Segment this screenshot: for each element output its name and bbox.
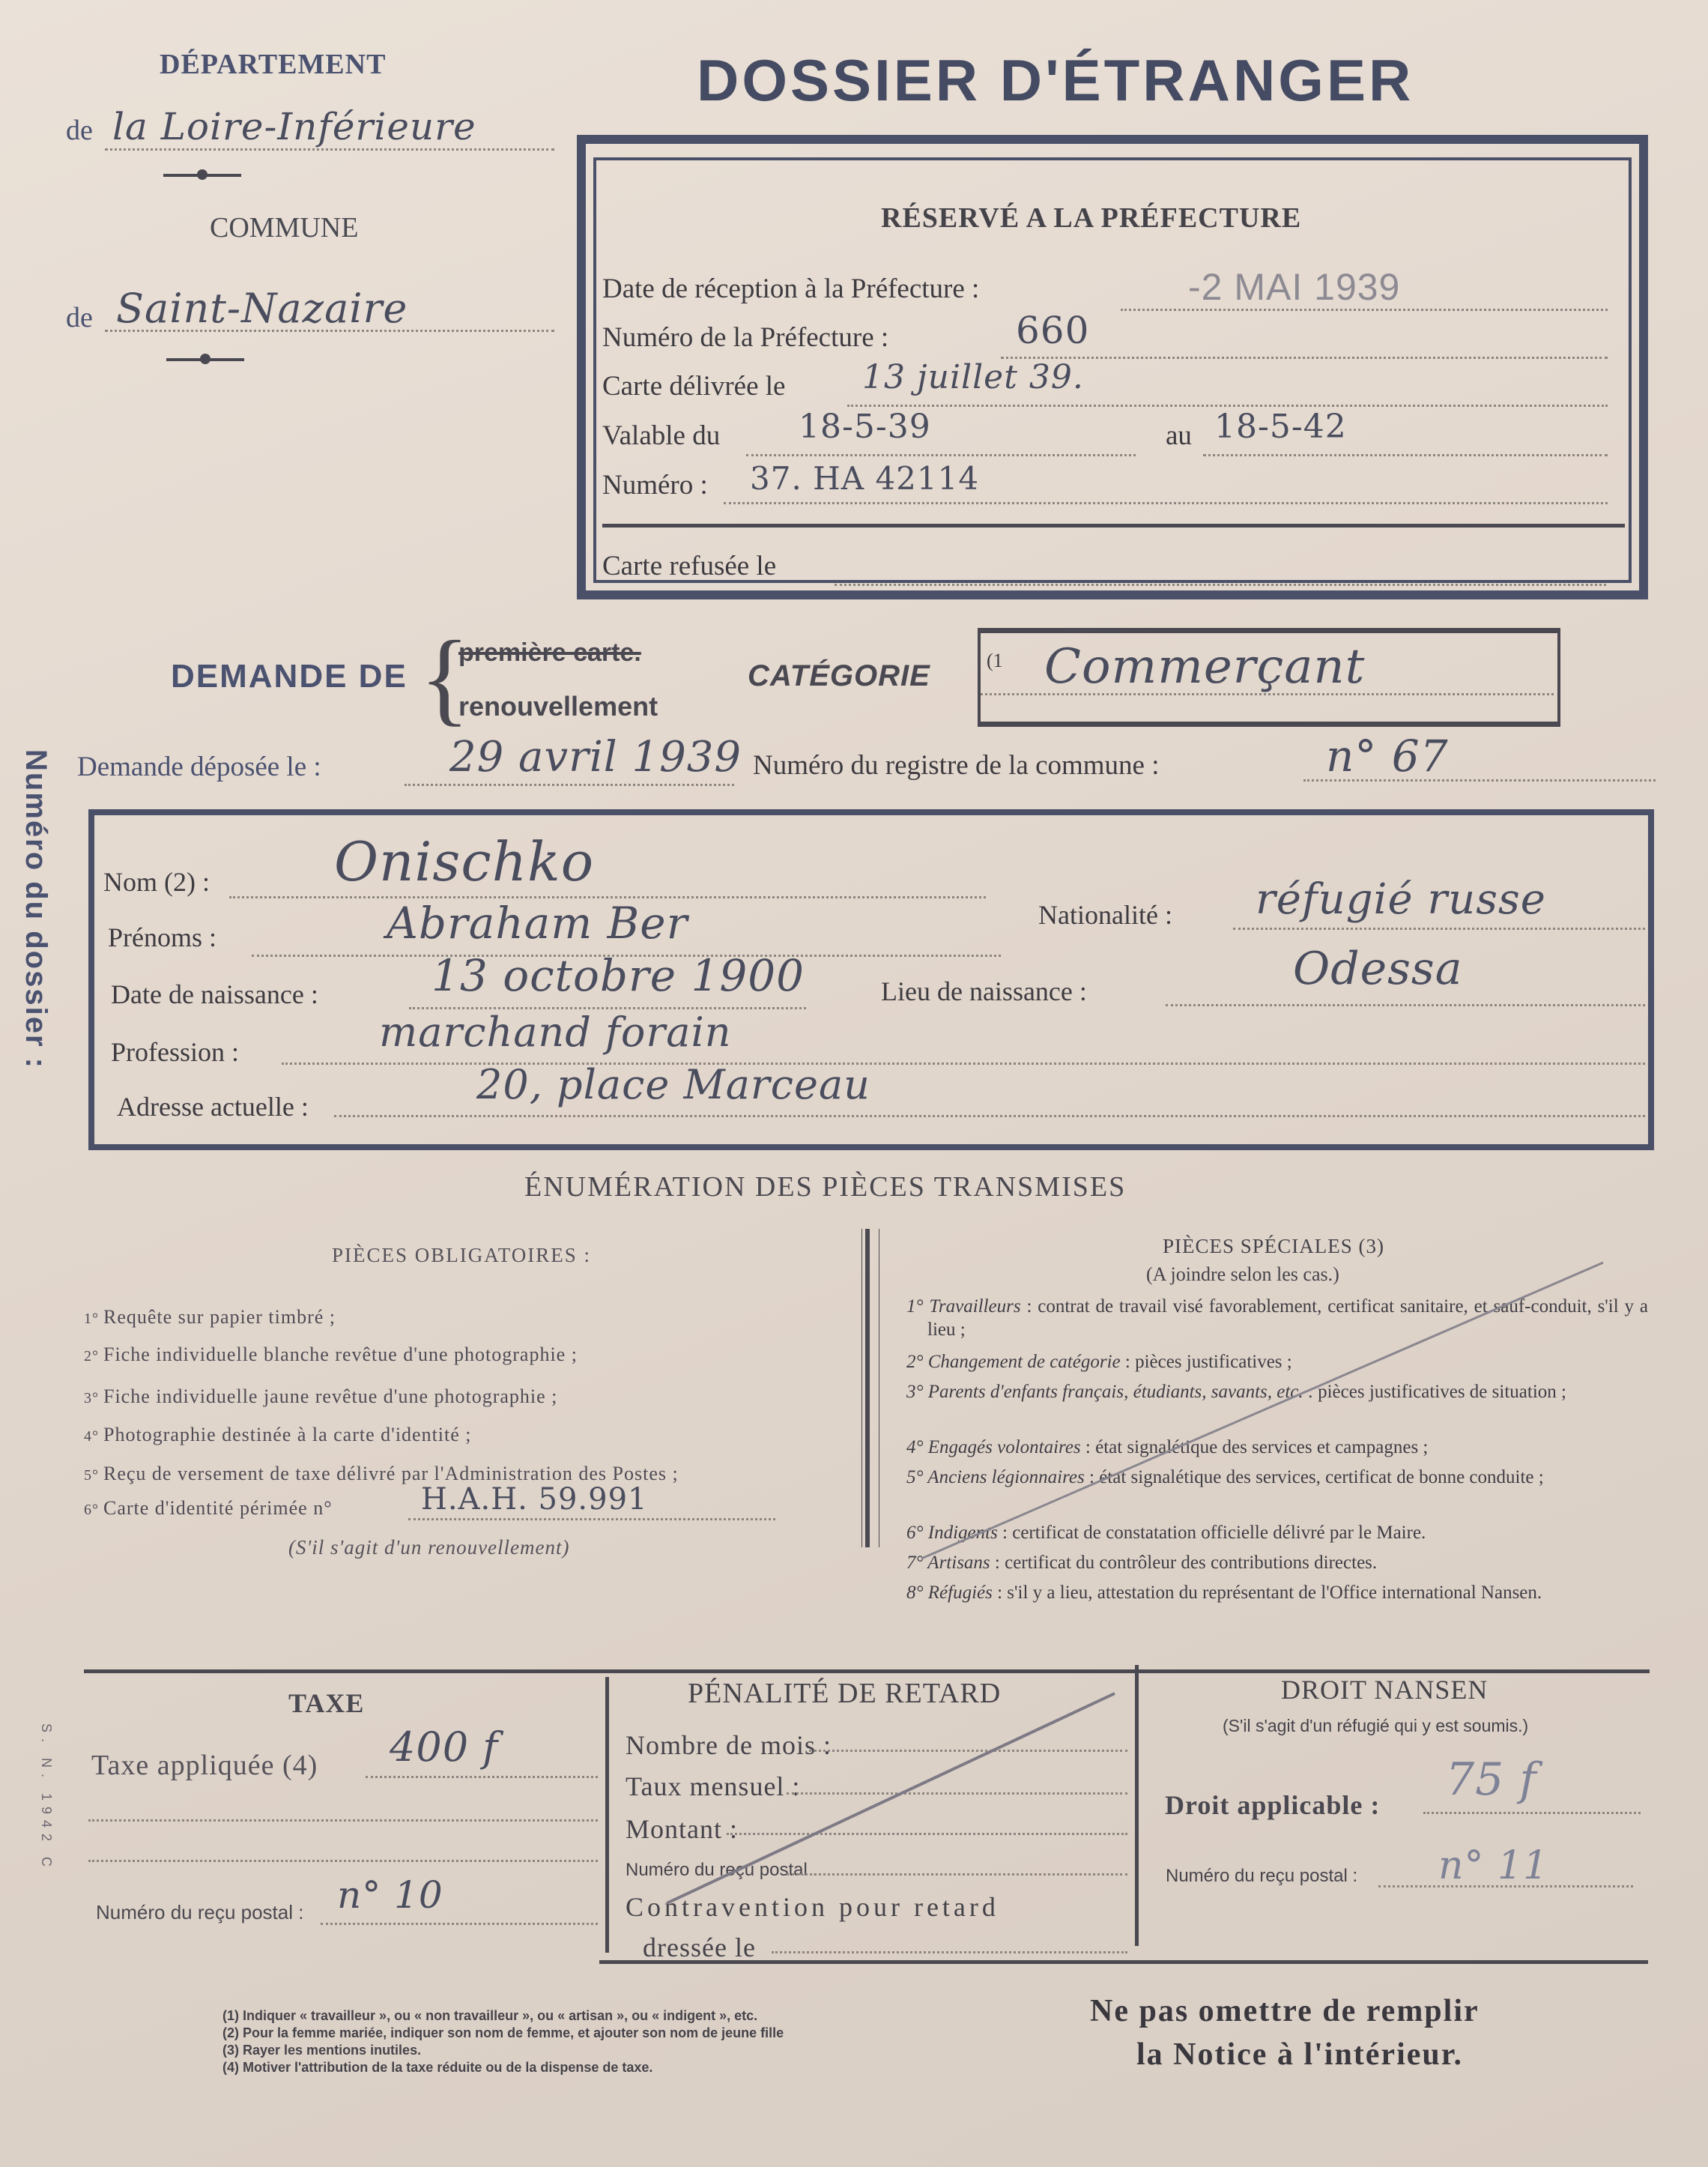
nansen-recu-label: Numéro du reçu postal : xyxy=(1166,1866,1357,1887)
nansen-heading: DROIT NANSEN xyxy=(1281,1674,1488,1705)
demande-de-label: DEMANDE DE xyxy=(171,658,408,695)
nansen-subheading: (S'il s'agit d'un réfugié qui y est soum… xyxy=(1223,1716,1528,1736)
registre-value[interactable]: n° 67 xyxy=(1326,731,1449,782)
item-text: Reçu de versement de taxe délivré par l'… xyxy=(103,1463,679,1484)
categorie-value[interactable]: Commerçant xyxy=(1044,639,1365,695)
taxe-recu-label: Numéro du reçu postal : xyxy=(96,1901,303,1924)
item-number: 6° xyxy=(84,1502,103,1518)
date-naissance-value[interactable]: 13 octobre 1900 xyxy=(431,950,805,1001)
notice-line-1: Ne pas omettre de remplir xyxy=(1090,1993,1480,2029)
carte-refusee-line[interactable] xyxy=(835,584,1606,586)
adresse-value[interactable]: 20, place Marceau xyxy=(476,1061,870,1108)
numero-dossier-side-label: Numéro du dossier : xyxy=(19,749,52,1069)
taxe-extra-line xyxy=(88,1819,598,1822)
valable-to-label: au xyxy=(1166,420,1192,452)
item-text: Fiche individuelle blanche revêtue d'une… xyxy=(103,1344,578,1365)
departement-line xyxy=(105,148,554,151)
numero-prefecture-value[interactable]: 660 xyxy=(1016,309,1089,352)
footnote: (3) Rayer les mentions inutiles. xyxy=(222,2043,421,2058)
speciales-heading: PIÈCES SPÉCIALES (3) xyxy=(1163,1235,1384,1258)
item-number: 1° xyxy=(84,1311,103,1327)
categorie-line xyxy=(981,693,1554,695)
carte-perimee-line xyxy=(408,1518,775,1520)
departement-label: DÉPARTEMENT xyxy=(160,48,386,81)
droit-applicable-label: Droit applicable : xyxy=(1165,1789,1380,1821)
lieu-naissance-value[interactable]: Odessa xyxy=(1293,943,1462,995)
numero-prefecture-line xyxy=(1001,357,1608,359)
item-text: : s'il y a lieu, attestation du représen… xyxy=(993,1583,1542,1603)
demande-deposee-line xyxy=(405,784,734,786)
droit-applicable-value[interactable]: 75 f xyxy=(1446,1753,1537,1806)
item-number: 8° xyxy=(906,1583,928,1603)
demande-deposee-value[interactable]: 29 avril 1939 xyxy=(449,733,742,782)
nansen-recu-value[interactable]: n° 11 xyxy=(1438,1843,1548,1888)
item-text: Carte d'identité périmée n° xyxy=(103,1497,333,1519)
reception-label: Date de réception à la Préfecture : xyxy=(602,273,979,305)
speciale-item: 8° Réfugiés : s'il y a lieu, attestation… xyxy=(906,1581,1648,1604)
nationalite-label: Nationalité : xyxy=(1038,899,1172,931)
notice-line-2: la Notice à l'intérieur. xyxy=(1136,2037,1463,2073)
numero-prefecture-label: Numéro de la Préfecture : xyxy=(602,321,888,354)
ornament-divider xyxy=(166,358,244,361)
pieces-heading: ÉNUMÉRATION DES PIÈCES TRANSMISES xyxy=(524,1170,1126,1203)
valable-from-line xyxy=(746,454,1136,456)
demande-deposee-label: Demande déposée le : xyxy=(77,751,321,783)
footnote: (2) Pour la femme mariée, indiquer son n… xyxy=(222,2025,784,2041)
departement-value[interactable]: la Loire-Inférieure xyxy=(112,105,476,148)
reception-stamp[interactable]: -2 MAI 1939 xyxy=(1188,265,1400,309)
printer-mark: S. N. 1942 C xyxy=(38,1723,54,1873)
nom-label: Nom (2) : xyxy=(103,866,210,898)
item-number: 4° xyxy=(84,1428,103,1445)
taxe-recu-value[interactable]: n° 10 xyxy=(337,1873,443,1917)
categorie-label: CATÉGORIE xyxy=(748,659,930,693)
item-number: 5° xyxy=(84,1467,103,1484)
identity-box: Nom (2) : Onischko Prénoms : Abraham Ber… xyxy=(88,809,1654,1150)
adresse-label: Adresse actuelle : xyxy=(117,1091,309,1122)
valable-label: Valable du xyxy=(602,420,720,452)
profession-value[interactable]: marchand forain xyxy=(379,1009,732,1056)
footnote: (1) Indiquer « travailleur », ou « non t… xyxy=(222,2008,757,2024)
item-text: Fiche individuelle jaune revêtue d'une p… xyxy=(103,1385,557,1407)
speciales-strikethrough xyxy=(861,1259,1611,1574)
prenoms-label: Prénoms : xyxy=(108,922,216,953)
commune-label: COMMUNE xyxy=(210,211,358,244)
carte-delivree-line xyxy=(847,405,1608,407)
prenoms-value[interactable]: Abraham Ber xyxy=(387,898,688,949)
carte-refusee-label: Carte refusée le xyxy=(602,550,776,582)
numero-label: Numéro : xyxy=(602,469,708,501)
valable-to-value[interactable]: 18-5-42 xyxy=(1214,408,1347,446)
nationalite-line xyxy=(1233,928,1645,930)
page-title: DOSSIER D'ÉTRANGER xyxy=(697,46,1414,115)
commune-prefix: de xyxy=(66,301,93,334)
obligatoire-item: 3° Fiche individuelle jaune revêtue d'un… xyxy=(84,1385,557,1408)
lieu-naissance-line xyxy=(1166,1004,1645,1006)
carte-delivree-value[interactable]: 13 juillet 39. xyxy=(862,358,1084,396)
categorie-note: (1 xyxy=(987,650,1003,672)
adresse-line xyxy=(334,1115,1645,1117)
item-term: Réfugiés xyxy=(928,1583,993,1603)
item-text: Photographie destinée à la carte d'ident… xyxy=(103,1424,472,1445)
item-text: Requête sur papier timbré ; xyxy=(103,1306,336,1328)
departement-prefix: de xyxy=(66,114,93,147)
taxe-extra-line xyxy=(88,1860,598,1862)
commune-line xyxy=(105,330,554,332)
item-number: 3° xyxy=(84,1390,103,1406)
taxe-appliquee-line xyxy=(366,1776,598,1778)
penalite-strikethrough xyxy=(599,1648,1139,1963)
lieu-naissance-label: Lieu de naissance : xyxy=(881,976,1087,1007)
registre-label: Numéro du registre de la commune : xyxy=(753,749,1160,782)
prefecture-divider xyxy=(602,524,1625,528)
nationalite-value[interactable]: réfugié russe xyxy=(1256,875,1546,924)
prefecture-heading: RÉSERVÉ A LA PRÉFECTURE xyxy=(881,202,1301,235)
numero-value[interactable]: 37. HA 42114 xyxy=(750,460,979,497)
obligatoire-item: 1° Requête sur papier timbré ; xyxy=(84,1306,336,1329)
footnote: (4) Motiver l'attribution de la taxe réd… xyxy=(222,2060,652,2076)
valable-to-line xyxy=(1203,454,1608,456)
obligatoire-item: 4° Photographie destinée à la carte d'id… xyxy=(84,1424,472,1446)
item-number: 2° xyxy=(84,1348,103,1364)
commune-value[interactable]: Saint-Nazaire xyxy=(116,285,408,332)
taxe-appliquee-label: Taxe appliquée (4) xyxy=(91,1749,318,1782)
carte-perimee-value[interactable]: H.A.H. 59.991 xyxy=(421,1482,647,1517)
demande-option-premiere-carte[interactable]: première carte. xyxy=(458,638,641,668)
obligatoires-heading: PIÈCES OBLIGATOIRES : xyxy=(332,1244,591,1267)
profession-label: Profession : xyxy=(111,1036,239,1068)
droit-applicable-line xyxy=(1423,1812,1641,1814)
categorie-box: (1 Commerçant xyxy=(978,628,1560,727)
numero-line xyxy=(724,502,1608,504)
obligatoire-item: 6° Carte d'identité périmée n° xyxy=(84,1497,333,1520)
ornament-divider xyxy=(163,174,241,177)
obligatoire-item: 2° Fiche individuelle blanche revêtue d'… xyxy=(84,1344,578,1366)
prefecture-box: RÉSERVÉ A LA PRÉFECTURE Date de réceptio… xyxy=(577,135,1648,599)
valable-from-value[interactable]: 18-5-39 xyxy=(799,408,931,446)
renouvellement-note: (S'il s'agit d'un renouvellement) xyxy=(288,1536,570,1559)
nom-value[interactable]: Onischko xyxy=(334,830,594,893)
taxe-recu-line xyxy=(321,1923,598,1925)
taxe-appliquee-value[interactable]: 400 f xyxy=(390,1723,498,1771)
taxe-heading: TAXE xyxy=(288,1687,364,1719)
reception-line xyxy=(1121,309,1608,311)
date-naissance-label: Date de naissance : xyxy=(111,979,318,1010)
demande-option-renouvellement[interactable]: renouvellement xyxy=(458,691,658,722)
carte-delivree-label: Carte délivrée le xyxy=(602,370,785,402)
